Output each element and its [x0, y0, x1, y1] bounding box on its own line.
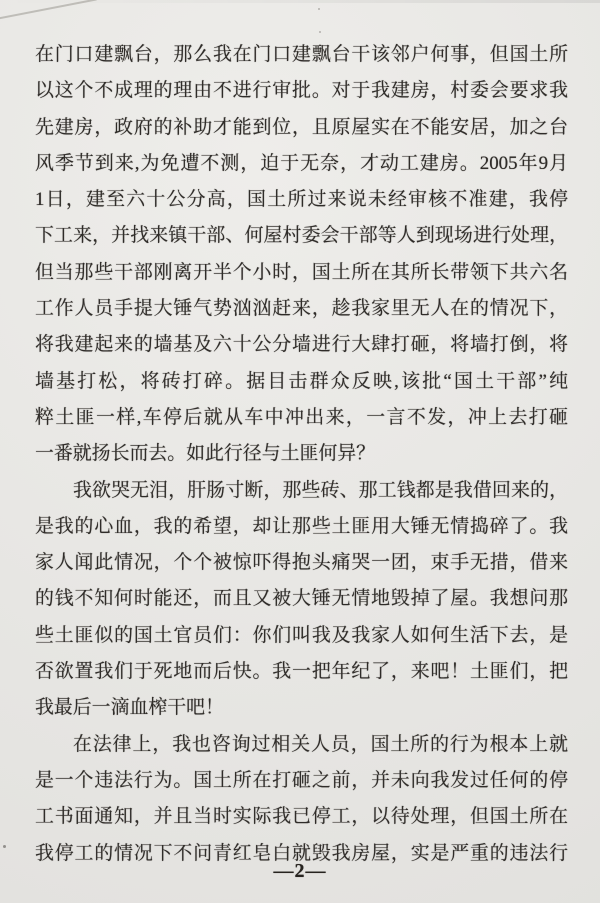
scan-speck — [247, 562, 249, 564]
text-line: 家人闻此情况，个个被惊吓得抱头痛哭一团，束手无措，借来 — [35, 545, 568, 581]
text-line: 但当那些干部刚离开半个小时，国土所在其所长带领下共六名 — [35, 255, 568, 291]
text-line: 工作人员手提大锤气势汹汹赶来，趁我家里无人在的情况下， — [35, 291, 568, 327]
text-line: 是我的心血，我的希望，却让那些土匪用大锤无情捣碎了。我 — [35, 509, 568, 545]
text-line: 粹土匪一样,车停后就从车中冲出来，一言不发，冲上去打砸 — [35, 400, 568, 436]
document-body: 在门口建飘台，那么我在门口建飘台干该邻户何事，但国土所 以这个不成理的理由不进行… — [35, 37, 568, 872]
text-line: 1日，建至六十公分高，国土所过来说未经审核不准建，我停 — [35, 182, 568, 218]
text-line: 墙基打松，将砖打碎。据目击群众反映,该批“国土干部”纯 — [35, 364, 568, 400]
page-number: —2— — [0, 860, 600, 883]
text-line: 工书面通知，并且当时实际我已停工，以待处理，但国土所在 — [35, 799, 568, 835]
text-line: 将我建起来的墙基及六十公分墙进行大肆打砸，将墙打倒，将 — [35, 327, 568, 363]
text-line: 下工来，并找来镇干部、何屋村委会干部等人到现场进行处理， — [35, 218, 568, 254]
text-line-paragraph-start: 我欲哭无泪，肝肠寸断，那些砖、那工钱都是我借回来的， — [35, 473, 568, 509]
text-line-paragraph-start: 在法律上，我也咨询过相关人员，国土所的行为根本上就 — [35, 727, 568, 763]
scan-speck — [318, 8, 320, 10]
text-line-paragraph-end: 一番就扬长而去。如此行径与土匪何异？ — [35, 436, 568, 472]
text-line: 在门口建飘台，那么我在门口建飘台干该邻户何事，但国土所 — [35, 37, 568, 73]
text-line: 是一个违法行为。国土所在打砸之前，并未向我发过任何的停 — [35, 763, 568, 799]
text-line: 风季节到来,为免遭不测，迫于无奈，才动工建房。2005年9月 — [35, 146, 568, 182]
scan-speck — [3, 845, 6, 848]
text-line: 先建房，政府的补助才能到位，且原屋实在不能安居，加之台 — [35, 110, 568, 146]
scan-speck — [319, 31, 321, 33]
paper-fold-crease — [0, 0, 97, 21]
text-line: 否欲置我们于死地而后快。我一把年纪了，来吧！土匪们，把 — [35, 654, 568, 690]
text-line-paragraph-end: 我最后一滴血榨干吧！ — [35, 690, 568, 726]
text-line: 以这个不成理的理由不进行审批。对于我建房，村委会要求我 — [35, 73, 568, 109]
text-line: 些土匪似的国土官员们：你们叫我及我家人如何生活下去，是 — [35, 618, 568, 654]
scanned-document-page: 在门口建飘台，那么我在门口建飘台干该邻户何事，但国土所 以这个不成理的理由不进行… — [0, 0, 600, 903]
text-line: 的钱不知何时能还，而且又被大锤无情地毁掉了屋。我想问那 — [35, 581, 568, 617]
